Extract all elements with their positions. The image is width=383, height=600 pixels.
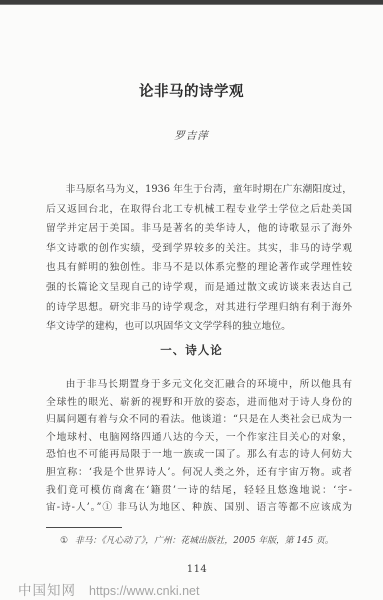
paragraph-line: 华文诗学的建构，也可以巩固华文文学学科的独立地位。 bbox=[46, 317, 352, 337]
paragraph-line: 宙-诗-人’。”① 非马认为地区、种族、国别、语言等都不应该成为 bbox=[46, 499, 352, 517]
cnki-url: https://www.cnki.net bbox=[89, 584, 199, 598]
footnote-divider bbox=[46, 527, 122, 528]
paragraph-line: 后又返回台北，在取得台北工专机械工程专业学士学位之后赴美国 bbox=[46, 200, 352, 220]
author-name: 罗吉萍 bbox=[0, 128, 383, 143]
paragraph-line: 个地球村、电脑网络四通八达的今天，一个作家注目关心的对象， bbox=[46, 429, 352, 447]
paragraph-line: 全球性的眼光、崭新的视野和开放的姿态，进而他对于诗人身份的 bbox=[46, 394, 352, 412]
paragraph-line: 胆宣称：‘我是个世界诗人’。何况人类之外，还有宇宙万物。或者 bbox=[46, 464, 352, 482]
paragraph-line: 留学并定居于美国。非马是著名的美华诗人，他的诗歌显示了海外 bbox=[46, 219, 352, 239]
section-heading: 一、诗人论 bbox=[0, 342, 383, 358]
page-number: 114 bbox=[0, 564, 383, 575]
paragraph-line: 强的长篇论文呈现自己的诗学观，而是通过散文或访谈来表达自己 bbox=[46, 278, 352, 298]
paragraph-line: 我们竟可模仿商禽在‘籍贯’一诗的结尾，轻轻且悠逸地说：‘宇- bbox=[46, 482, 352, 500]
body-paragraph: 由于非马长期置身于多元文化交汇融合的环境中，所以他具有 全球性的眼光、崭新的视野… bbox=[46, 376, 352, 517]
paragraph-line: 归属问题有着与众不同的看法。他谈道：“只是在人类社会已成为一 bbox=[46, 411, 352, 429]
footnote: ①非马：《凡心动了》，广州：花城出版社，2005 年版，第 145 页。 bbox=[60, 533, 360, 546]
scan-edge-bar bbox=[0, 0, 383, 5]
scanned-paper-page: 论非马的诗学观 罗吉萍 非马原名马为义，1936 年生于台湾，童年时期在广东潮阳… bbox=[0, 0, 383, 600]
paragraph-line: 也具有鲜明的独创性。非马不是以体系完整的理论著作或学理性较 bbox=[46, 258, 352, 278]
article-title: 论非马的诗学观 bbox=[0, 80, 383, 101]
paragraph-line: 的诗学思想。研究非马的诗学观念，对其进行学理归纳有利于海外 bbox=[46, 298, 352, 318]
paragraph-line: 由于非马长期置身于多元文化交汇融合的环境中，所以他具有 bbox=[46, 376, 352, 394]
footnote-text: 非马：《凡心动了》，广州：花城出版社，2005 年版，第 145 页。 bbox=[75, 536, 334, 546]
footnote-marker: ① bbox=[60, 536, 68, 546]
cnki-site-name: 中国知网 bbox=[18, 579, 76, 599]
paragraph-line: 华文诗歌的创作实绩，受到学界较多的关注。其实，非马的诗学观 bbox=[46, 239, 352, 259]
paragraph-line: 恐怕也不可能再局限于一地一族或一国了。那么有志的诗人何妨大 bbox=[46, 446, 352, 464]
paragraph-line: 非马原名马为义，1936 年生于台湾，童年时期在广东潮阳度过， bbox=[46, 180, 352, 200]
intro-paragraph: 非马原名马为义，1936 年生于台湾，童年时期在广东潮阳度过， 后又返回台北，在… bbox=[46, 180, 352, 337]
cnki-watermark: 中国知网 https://www.cnki.net bbox=[18, 579, 199, 599]
